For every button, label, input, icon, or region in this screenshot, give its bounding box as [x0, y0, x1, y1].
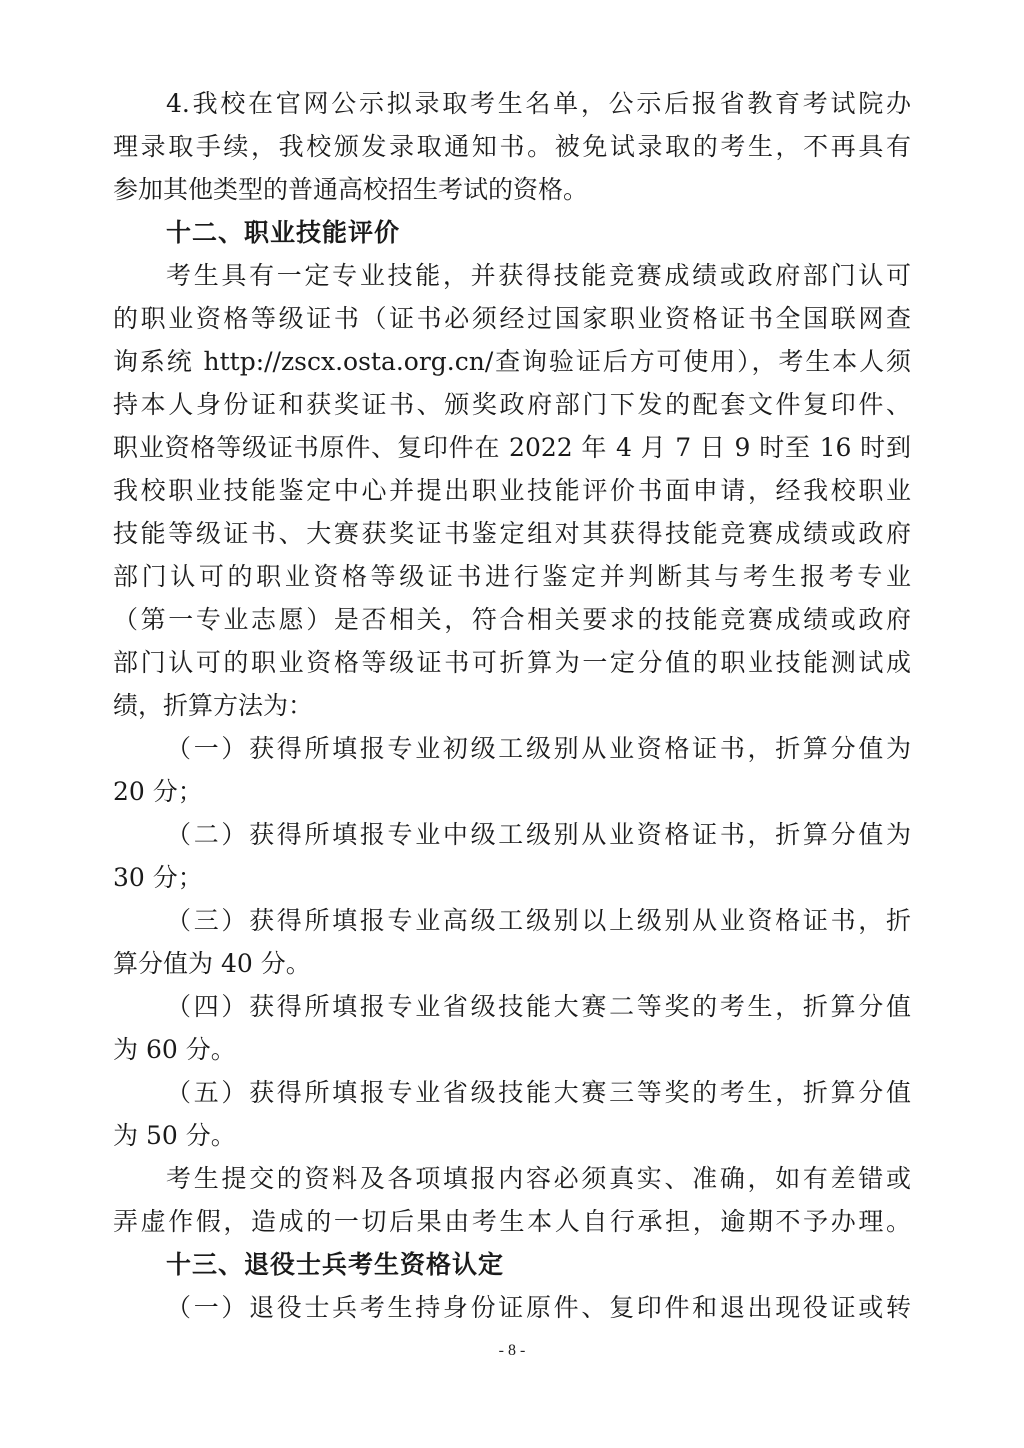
section-heading-12: 十二、职业技能评价 [166, 213, 400, 253]
document-page: 4.我校在官网公示拟录取考生名单，公示后报省教育考试院办 理录取手续，我校颁发录… [0, 0, 1024, 1448]
list-item-line: （五）获得所填报专业省级技能大赛三等奖的考生，折算分值 [166, 1073, 911, 1113]
paragraph-line: （第一专业志愿）是否相关，符合相关要求的技能竞赛成绩或政府 [113, 600, 911, 640]
list-item-line: （四）获得所填报专业省级技能大赛二等奖的考生，折算分值 [166, 987, 911, 1027]
list-item-line: （一）获得所填报专业初级工级别从业资格证书，折算分值为 [166, 729, 911, 769]
paragraph-line: 绩，折算方法为： [113, 686, 911, 726]
paragraph-line: 参加其他类型的普通高校招生考试的资格。 [113, 170, 911, 210]
list-item-line: 20 分； [113, 772, 911, 812]
list-item-line: 30 分； [113, 858, 911, 898]
paragraph-line: 考生具有一定专业技能，并获得技能竞赛成绩或政府部门认可 [166, 256, 911, 296]
paragraph-line: 部门认可的职业资格等级证书可折算为一定分值的职业技能测试成 [113, 643, 911, 683]
paragraph-line: 理录取手续，我校颁发录取通知书。被免试录取的考生，不再具有 [113, 127, 911, 167]
paragraph-line: 询系统 http://zscx.osta.org.cn/查询验证后方可使用），考… [113, 342, 911, 382]
paragraph-line: 我校职业技能鉴定中心并提出职业技能评价书面申请，经我校职业 [113, 471, 911, 511]
page-number: - 8 - [0, 1342, 1024, 1360]
paragraph-line: 弄虚作假，造成的一切后果由考生本人自行承担，逾期不予办理。 [113, 1202, 911, 1242]
paragraph-line: 技能等级证书、大赛获奖证书鉴定组对其获得技能竞赛成绩或政府 [113, 514, 911, 554]
paragraph-line: 持本人身份证和获奖证书、颁奖政府部门下发的配套文件复印件、 [113, 385, 911, 425]
list-item-line: （一）退役士兵考生持身份证原件、复印件和退出现役证或转 [166, 1288, 911, 1328]
list-item-line: （三）获得所填报专业高级工级别以上级别从业资格证书，折 [166, 901, 911, 941]
list-item-line: 为 50 分。 [113, 1116, 911, 1156]
section-heading-13: 十三、退役士兵考生资格认定 [166, 1245, 504, 1285]
paragraph-line: 部门认可的职业资格等级证书进行鉴定并判断其与考生报考专业 [113, 557, 911, 597]
list-item-line: （二）获得所填报专业中级工级别从业资格证书，折算分值为 [166, 815, 911, 855]
list-item-line: 算分值为 40 分。 [113, 944, 911, 984]
paragraph-line: 考生提交的资料及各项填报内容必须真实、准确，如有差错或 [166, 1159, 911, 1199]
paragraph-line: 职业资格等级证书原件、复印件在 2022 年 4 月 7 日 9 时至 16 时… [113, 428, 911, 468]
paragraph-line: 的职业资格等级证书（证书必须经过国家职业资格证书全国联网查 [113, 299, 911, 339]
list-item-line: 为 60 分。 [113, 1030, 911, 1070]
paragraph-line: 4.我校在官网公示拟录取考生名单，公示后报省教育考试院办 [166, 84, 911, 124]
